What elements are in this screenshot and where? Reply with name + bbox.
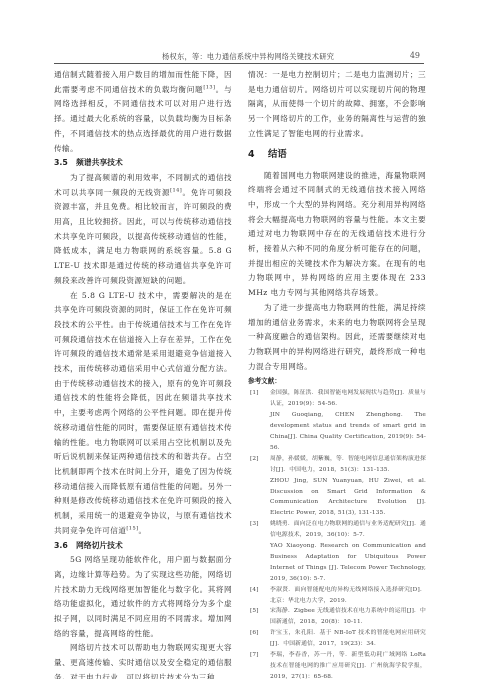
section-number: 3.5: [54, 156, 76, 171]
left-column: 通信制式随着接入用户数目的增加而性能下降，因此需要考虑不同通信技术的负载均衡问题…: [54, 68, 232, 679]
reference-text-cn: 许宝玉，朱孔阳．基于 NB-IoT 技术的智能电网应用研究[J]．中国新通信，2…: [270, 630, 426, 647]
reference-number: [5]: [250, 606, 259, 617]
reference-number: [4]: [250, 585, 259, 596]
reference-text-cn: 宋海静．Zigbee 无线通信技术在电力系统中的运用[J]．中国新通信，2018…: [270, 608, 426, 625]
citation-marker: [15]: [126, 525, 138, 531]
paragraph: 为了提高频谱的利用效率，不同制式的通信技术可以共享同一频段的无线资源[14]。免…: [54, 171, 232, 289]
citation-marker: [14]: [170, 187, 182, 193]
running-header: 杨权东，等：电力通信系统中异构网络关键技术研究 49: [54, 52, 424, 63]
paragraph-text: 。免许可频段资源丰富，并且免费。相比较而言，许可频段的费用高，且比较拥挤。因此，…: [54, 188, 232, 285]
paragraph: 5G 网络呈现功能软件化，用户面与数据面分离，边缘计算等趋势。为了实现这些功能，…: [54, 553, 232, 641]
section-number: 3.6: [54, 539, 76, 554]
page-number: 49: [410, 51, 420, 60]
reference-text-cn: 周静，孙媛媛，胡紫巍，等．智能电网信息通信架构演进探讨[J]．中国电力，2018…: [270, 456, 426, 473]
reference-text-en: JIN Guoqiang, CHEN Zhenghong. The develo…: [270, 410, 426, 454]
paragraph-text: 。与网络选择相反，不同通信技术可以对用户进行选择。通过最大化系统的容量，以负载均…: [54, 85, 232, 153]
reference-item: [7] 李瑞，李春香，苏一丹，等．新型低功耗广域网络 LoRa 技术在智能电网的…: [248, 650, 426, 679]
paragraph: 在 5.8 G LTE-U 技术中，需要解决的是在共享免许可频段资源的同时，保证…: [54, 289, 232, 539]
section-heading-3-5: 3.5频谱共享技术: [54, 156, 232, 171]
journal-page: 杨权东，等：电力通信系统中异构网络关键技术研究 49 通信制式随着接入用户数目的…: [0, 0, 480, 679]
reference-number: [3]: [250, 519, 259, 530]
section-title: 网络切片技术: [76, 541, 123, 550]
paragraph-text: 。: [138, 526, 146, 535]
reference-number: [6]: [250, 628, 259, 639]
reference-text-cn: 姚晓勇．面向泛在电力物联网的通信与业务适配研究[J]．通信电源技术，2019，3…: [270, 521, 426, 538]
reference-text-cn: 金国强，陈征洪．我国智能电网发展现状与趋势[J]．质量与认证，2019(9)：5…: [270, 390, 426, 407]
paragraph: 网络切片技术可以帮助电力物联网实现更大容量、更高速传输、实时通信以及安全稳定的通…: [54, 641, 232, 679]
intro-paragraph: 通信制式随着接入用户数目的增加而性能下降，因此需要考虑不同通信技术的负载均衡问题…: [54, 68, 232, 156]
section-heading-3-6: 3.6网络切片技术: [54, 539, 232, 554]
right-column: 情况：一是电力控制切片；二是电力监测切片；三是电力通信切片。网络切片可以实现切片…: [248, 68, 426, 679]
header-rule: [54, 63, 424, 64]
section-title: 结语: [268, 149, 287, 160]
paragraph: 随着国网电力物联网建设的推进，海量物联网终端将会通过不同制式的无线通信技术接入网…: [248, 169, 426, 301]
continuation-paragraph: 情况：一是电力控制切片；二是电力监测切片；三是电力通信切片。网络切片可以实现切片…: [248, 68, 426, 142]
reference-text-en: YAO Xiaoyong. Research on Communication …: [270, 541, 426, 585]
references-heading: 参考文献：: [248, 376, 426, 387]
reference-number: [7]: [250, 650, 259, 661]
reference-text-en: ZHOU Jing, SUN Yuanyuan, HU Ziwei, et al…: [270, 476, 426, 520]
reference-item: [4] 李淑贤．面向智能配电的异构无线网络接入选择研究[D]．北京：华北电力大学…: [248, 585, 426, 607]
reference-item: [5] 宋海静．Zigbee 无线通信技术在电力系统中的运用[J]．中国新通信，…: [248, 606, 426, 628]
reference-number: [1]: [250, 388, 259, 399]
reference-item: [1] 金国强，陈征洪．我国智能电网发展现状与趋势[J]．质量与认证，2019(…: [248, 388, 426, 453]
section-heading-4: 4结语: [248, 148, 426, 162]
reference-item: [6] 许宝玉，朱孔阳．基于 NB-IoT 技术的智能电网应用研究[J]．中国新…: [248, 628, 426, 650]
paragraph-text: 在 5.8 G LTE-U 技术中，需要解决的是在共享免许可频段资源的同时，保证…: [54, 291, 232, 535]
citation-marker: [13]: [203, 84, 215, 90]
reference-item: [2] 周静，孙媛媛，胡紫巍，等．智能电网信息通信架构演进探讨[J]．中国电力，…: [248, 454, 426, 519]
reference-text-cn: 李淑贤．面向智能配电的异构无线网络接入选择研究[D]．北京：华北电力大学，201…: [270, 587, 426, 604]
reference-number: [2]: [250, 454, 259, 465]
paragraph: 为了进一步提高电力物联网的性能，满足持续增加的通信业务需求，未来的电力物联网将会…: [248, 301, 426, 375]
reference-item: [3] 姚晓勇．面向泛在电力物联网的通信与业务适配研究[J]．通信电源技术，20…: [248, 519, 426, 584]
section-title: 频谱共享技术: [76, 158, 123, 167]
running-title: 杨权东，等：电力通信系统中异构网络关键技术研究: [162, 52, 334, 62]
section-number: 4: [248, 148, 268, 162]
reference-text-cn: 李瑞，李春香，苏一丹，等．新型低功耗广域网络 LoRa 技术在智能电网的推广应用…: [270, 652, 426, 679]
